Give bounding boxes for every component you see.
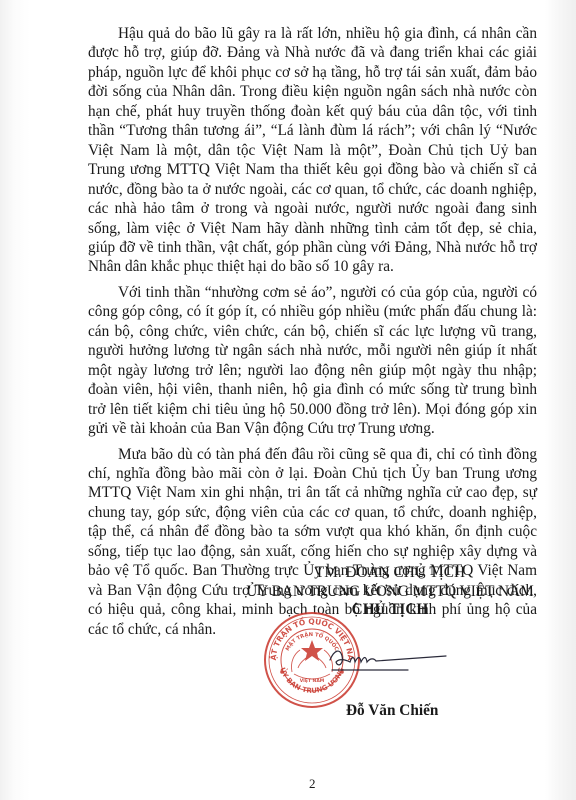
signer-name: Đỗ Văn Chiến (346, 702, 438, 720)
document-body: Hậu quả do bão lũ gây ra là rất lớn, nhi… (88, 24, 537, 645)
document-page: Hậu quả do bão lũ gây ra là rất lớn, nhi… (0, 0, 576, 800)
page-number: 2 (309, 776, 316, 792)
signature-line-1: TM. ĐOÀN CHỦ TỊCH (232, 564, 548, 583)
handwritten-signature-icon (328, 646, 448, 676)
paragraph-contribution: Với tinh thần “nhường cơm sẻ áo”, người … (88, 283, 537, 439)
signature-line-2: ỦY BAN TRUNG ƯƠNG MTTQ VIỆT NAM (232, 583, 548, 602)
svg-text:VIỆT NAM: VIỆT NAM (300, 676, 325, 684)
paragraph-appeal: Hậu quả do bão lũ gây ra là rất lớn, nhi… (88, 24, 537, 277)
